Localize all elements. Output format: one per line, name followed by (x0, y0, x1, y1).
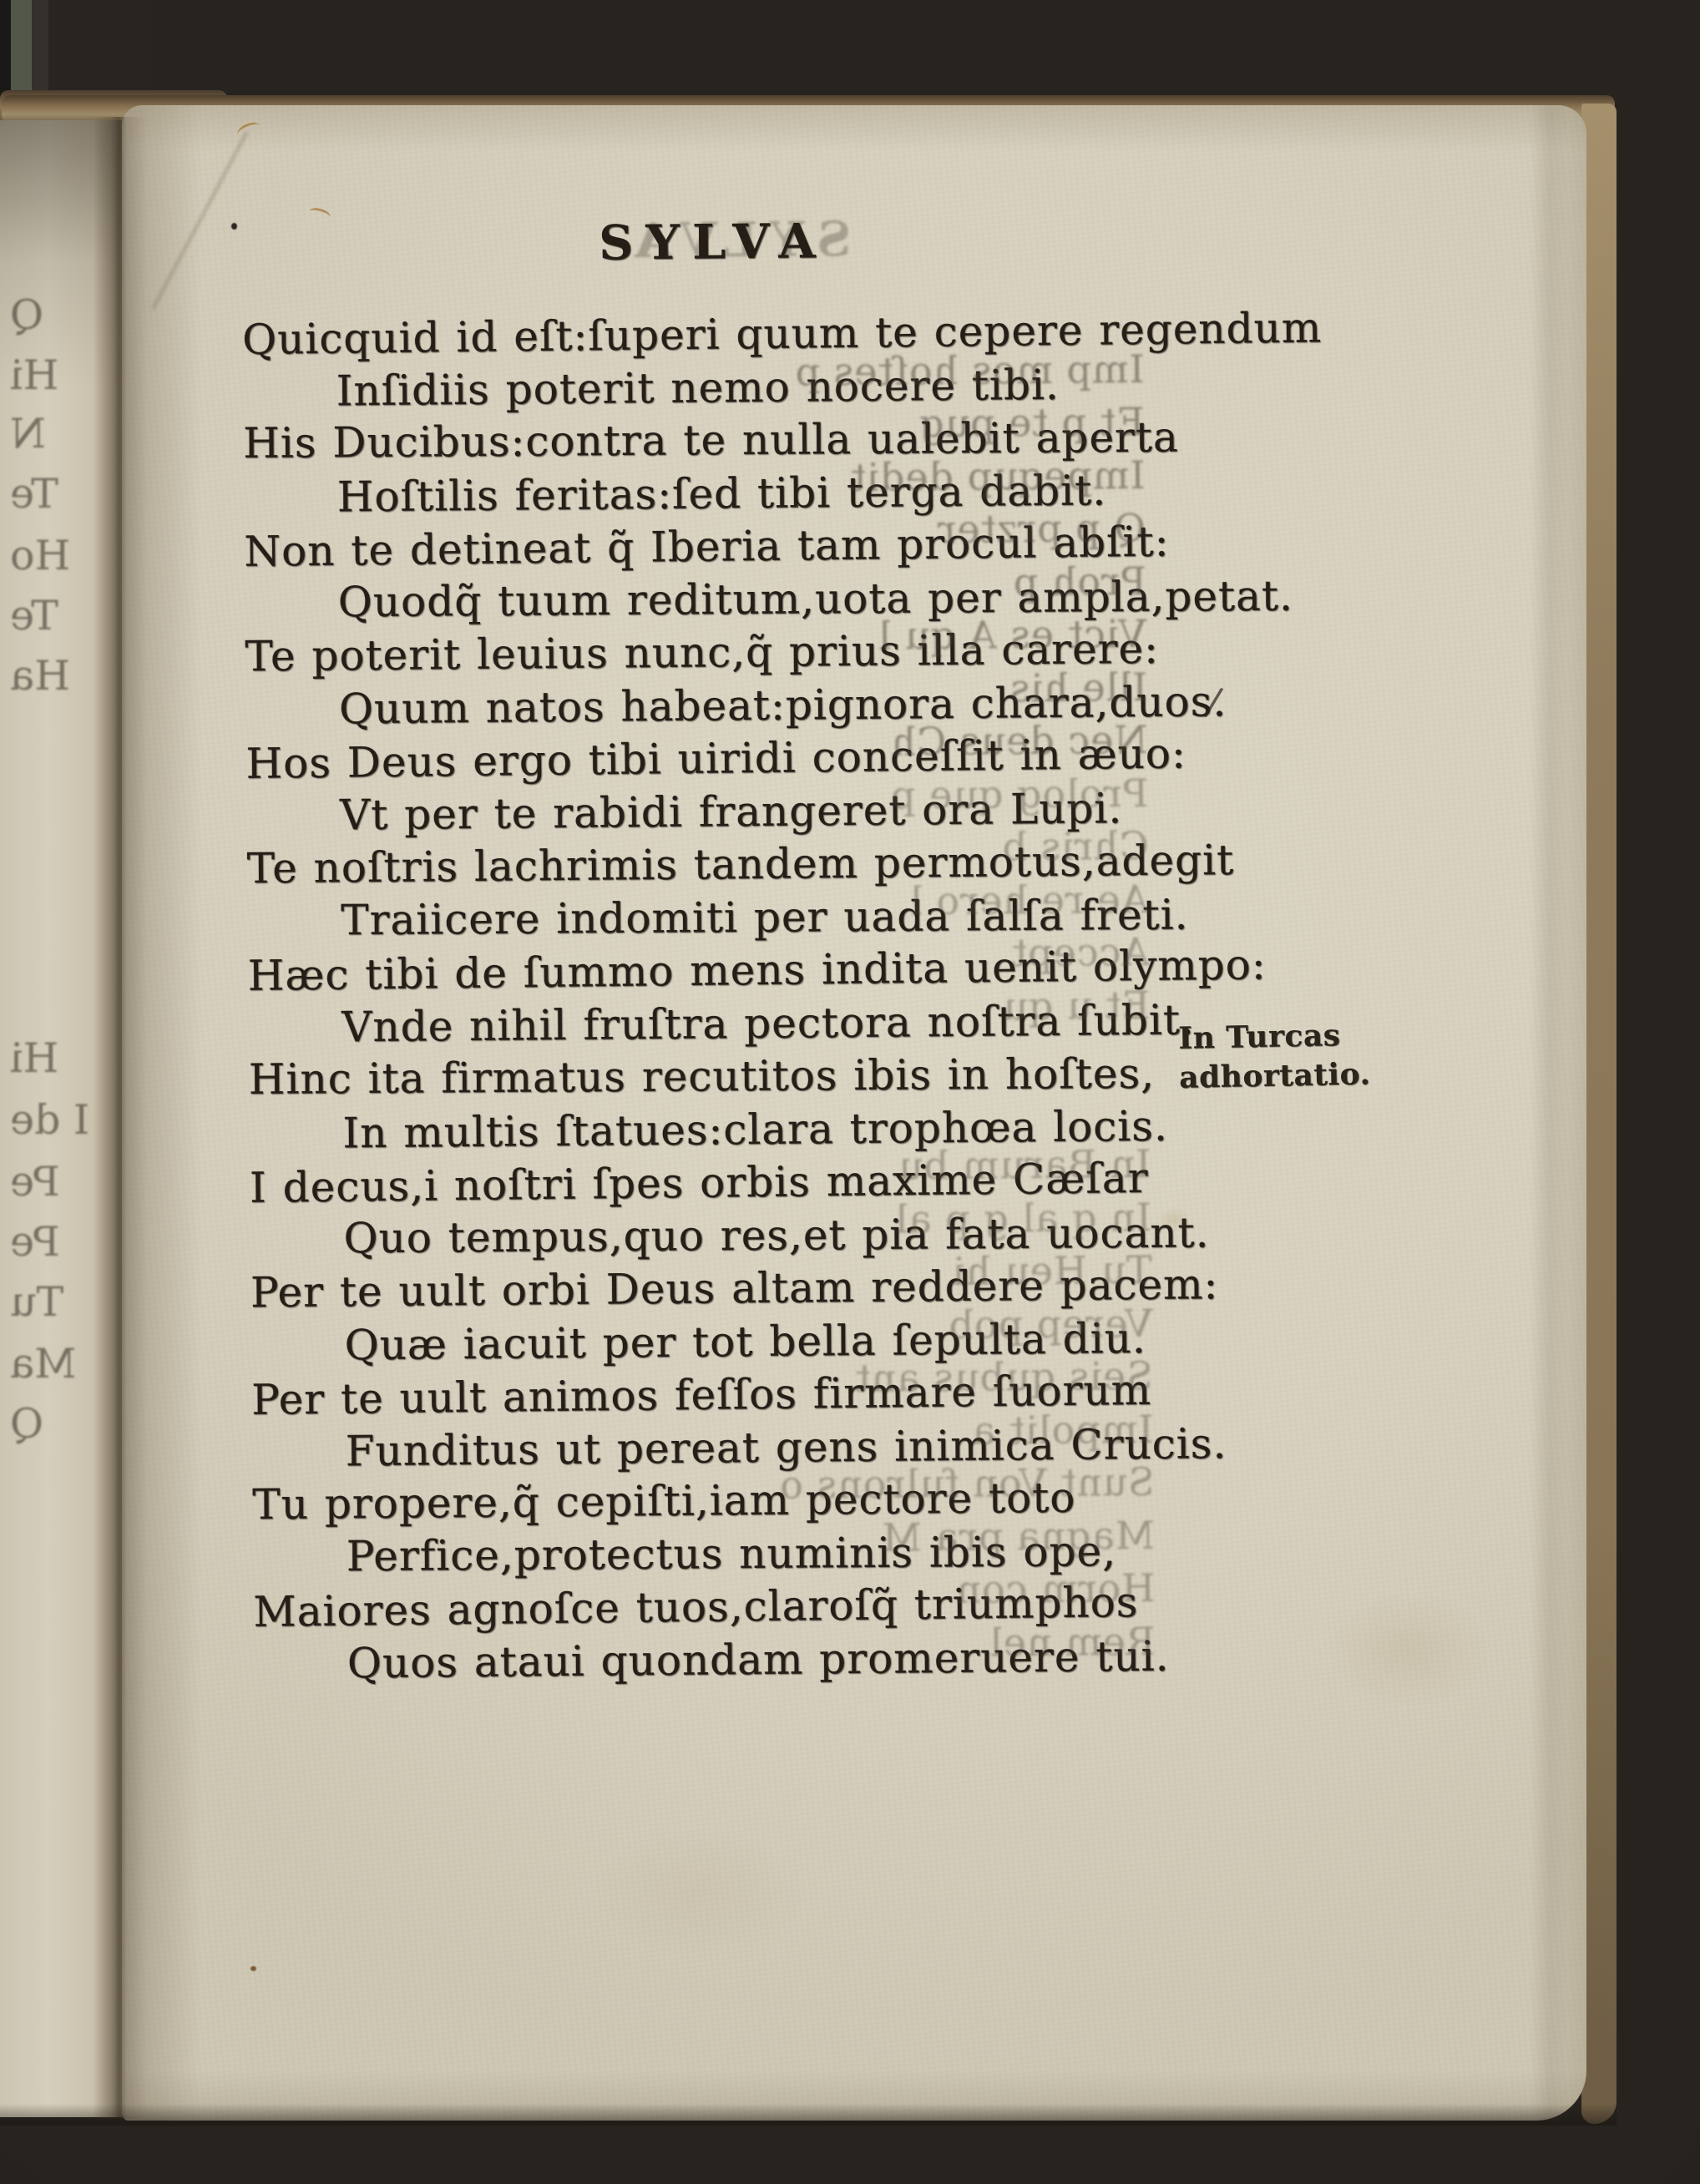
setoff-fragment: Hi (10, 1037, 58, 1080)
setoff-fragment: N (10, 412, 46, 456)
setoff-fragment: Te (10, 594, 58, 638)
poem-line-15: Hinc ita firmatus recutitos ibis in hoſt… (249, 1046, 1328, 1106)
setoff-fragment: Ma (10, 1342, 76, 1386)
setoff-fragment: Ho (10, 534, 70, 578)
setoff-fragment: Pe (10, 1221, 60, 1264)
margin-note-line-1: In Turcas (1178, 1015, 1370, 1058)
setoff-fragment: Ha (10, 655, 70, 698)
show-through-line: Verep pob (948, 1300, 1153, 1347)
show-through-line: In Barum bu (898, 1141, 1151, 1189)
poem-line-17: I decus,i noſtri ſpes orbis maxime Cæſar (250, 1150, 1330, 1215)
show-through-line: Accept (1010, 929, 1149, 975)
poem-line-2: Inſidiis poterit nemo nocere tibi. (242, 356, 1323, 419)
poem-line-6: Quodq̃ tuum reditum,uota per ampla,petat… (245, 569, 1324, 629)
setoff-fragment: Q (10, 294, 43, 337)
show-through-line: Vict es A qu l (878, 611, 1146, 659)
show-through-line: Q p przter (937, 505, 1146, 552)
show-through-line: Impolit a (971, 1406, 1153, 1453)
poem-line-5: Non te detineat q̃ Iberia tam procul abſ… (244, 513, 1324, 579)
poem-line-18: Quo tempus,quo res,et pia fata uocant. (250, 1206, 1329, 1266)
show-through-line: Nec deus Ch (890, 717, 1148, 765)
show-through-line: In q al g p al (895, 1194, 1152, 1241)
facing-page-sliver: QHiNTeHoTeHaHiI dePePeTuMaQ (0, 120, 122, 2117)
show-through-line: Rem nel (989, 1618, 1156, 1665)
poem-line-3: His Ducibus:contra te nulla ualebit aper… (243, 410, 1323, 470)
printed-content: SYLVA SYLVA Quicquid id eſt:ſuperi quum … (120, 94, 1602, 2122)
show-through-line: Et u qu (1002, 982, 1150, 1029)
poem-line-26: Quos ataui quondam promeruere tui. (254, 1629, 1334, 1691)
poem-line-19: Per te uult orbi Deus altam reddere pace… (250, 1257, 1331, 1320)
poem-line-14: Vnde nihil fruſtra pectora noſtra ſubit. (248, 993, 1328, 1055)
show-through-line: Prolog que p (889, 770, 1148, 817)
poem-line-11: Te noſtris lachrimis tandem permotus,ade… (246, 833, 1327, 896)
setoff-fragment: Pe (10, 1160, 60, 1204)
poem-line-12: Traiicere indomiti per uada ſalſa freti. (247, 887, 1327, 948)
show-through-line: Seis qubus ant (854, 1353, 1153, 1401)
page-heading: SYLVA (599, 213, 828, 270)
margin-note-line-2: adhortatio. (1179, 1054, 1371, 1097)
show-through-line: Sunt Von fulrons o (779, 1459, 1155, 1508)
show-through-line: Ille his (1009, 664, 1147, 710)
show-through-line: Horm con (955, 1565, 1156, 1612)
poem-line-24: Perfice,protectus numinis ibis ope, (253, 1524, 1333, 1584)
margin-note: In Turcas adhortatio. (1178, 1015, 1371, 1097)
show-through-line: Chris b (1001, 823, 1149, 870)
ink-speck (250, 1966, 256, 1971)
setoff-fragment: Te (10, 473, 58, 516)
book-photograph: QHiNTeHoTeHaHiI dePePeTuMaQ SYLVA SYLVA … (0, 0, 1700, 2184)
show-through-line: Proh p (1012, 558, 1146, 604)
show-through-line: Et p te pug (918, 399, 1145, 446)
show-through-line: Impequp dedit (849, 452, 1145, 499)
show-through-line: Tu Heu hi (952, 1247, 1152, 1294)
book-page: SYLVA SYLVA Quicquid id eſt:ſuperi quum … (122, 105, 1586, 2121)
ink-speck (231, 223, 237, 230)
setoff-fragment: Tu (10, 1281, 63, 1324)
poem-line-10: Vt per te rabidi frangeret ora Lupi. (246, 781, 1327, 843)
setoff-fragment: Hi (10, 354, 58, 397)
poem-line-7: Te poterit leuius nunc,q̃ prius illa car… (245, 621, 1325, 684)
show-through-line: Ae re hero l (909, 876, 1149, 923)
setoff-fragment: Q (10, 1403, 43, 1446)
setoff-fragment: I de (10, 1099, 89, 1142)
show-through-line: Magna pra M (881, 1512, 1155, 1560)
bottom-edge-shadow (0, 2104, 1617, 2126)
show-through-line: Imp mos hoſtes p (794, 346, 1145, 394)
